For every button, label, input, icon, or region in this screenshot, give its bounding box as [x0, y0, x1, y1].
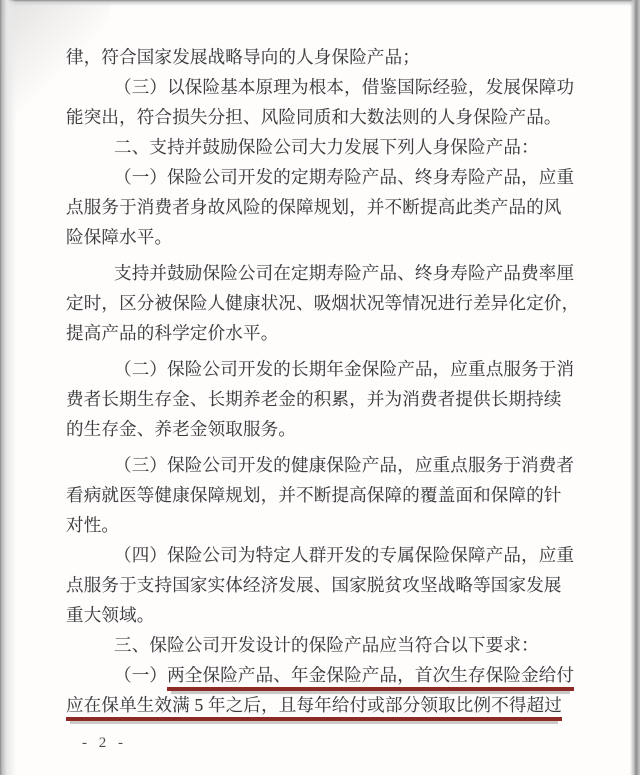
- document-text-block: 律，符合国家发展战略导向的人身保险产品；（三）以保险基本原理为根本，借鉴国际经验…: [66, 42, 576, 754]
- page-number: - 2 -: [82, 732, 576, 754]
- text-line: 对性。: [66, 510, 576, 540]
- text-line: 二、支持并鼓励保险公司大力发展下列人身保险产品：: [66, 132, 576, 162]
- text-line: 险保障水平。: [66, 222, 576, 252]
- text-segment: 对性。: [66, 515, 119, 535]
- red-underline-annotation: 应在保单生效满 5 年之后，且每年给付或部分领取比例不得超过: [66, 695, 562, 721]
- text-line: 三、保险公司开发设计的保险产品应当符合以下要求：: [66, 630, 576, 660]
- text-segment: （一）: [114, 665, 167, 685]
- text-line: （三）以保险基本原理为根本，借鉴国际经验，发展保障功: [66, 72, 576, 102]
- text-segment: 的生存金、养老金领取服务。: [66, 419, 296, 439]
- text-line: 的生存金、养老金领取服务。: [66, 414, 576, 444]
- text-line: 律，符合国家发展战略导向的人身保险产品；: [66, 42, 576, 72]
- text-segment: 重大领域。: [66, 605, 155, 625]
- text-line: 定时，区分被保险人健康状况、吸烟状况等情况进行差异化定价，: [66, 288, 576, 318]
- text-segment: （一）保险公司开发的定期寿险产品、终身寿险产品，应重: [114, 167, 574, 187]
- text-line: （二）保险公司开发的长期年金保险产品，应重点服务于消: [66, 354, 576, 384]
- text-line: （三）保险公司开发的健康保险产品，应重点服务于消费者: [66, 450, 576, 480]
- text-segment: 提高产品的科学定价水平。: [66, 323, 278, 343]
- text-segment: 险保障水平。: [66, 227, 172, 247]
- text-line: 应在保单生效满 5 年之后，且每年给付或部分领取比例不得超过: [66, 690, 576, 720]
- text-segment: 点服务于支持国家实体经济发展、国家脱贫攻坚战略等国家发展: [66, 575, 562, 595]
- text-segment: 三、保险公司开发设计的保险产品应当符合以下要求：: [114, 635, 539, 655]
- text-segment: （二）保险公司开发的长期年金保险产品，应重点服务于消: [114, 359, 574, 379]
- text-segment: 看病就医等健康保障规划，并不断提高保障的覆盖面和保障的针: [66, 485, 562, 505]
- page-edge-top: [0, 0, 640, 6]
- text-line: 支持并鼓励保险公司在定期寿险产品、终身寿险产品费率厘: [66, 258, 576, 288]
- text-line: 能突出，符合损失分担、风险同质和大数法则的人身保险产品。: [66, 102, 576, 132]
- text-segment: （四）保险公司为特定人群开发的专属保险保障产品，应重: [114, 545, 574, 565]
- text-segment: 点服务于消费者身故风险的保障规划，并不断提高此类产品的风: [66, 197, 562, 217]
- text-line: （四）保险公司为特定人群开发的专属保险保障产品，应重: [66, 540, 576, 570]
- red-underline-annotation: 两全保险产品、年金保险产品，首次生存保险金给付: [167, 665, 574, 691]
- text-segment: （三）以保险基本原理为根本，借鉴国际经验，发展保障功: [114, 77, 574, 97]
- text-line: 提高产品的科学定价水平。: [66, 318, 576, 348]
- scanned-document-page: 律，符合国家发展战略导向的人身保险产品；（三）以保险基本原理为根本，借鉴国际经验…: [0, 0, 640, 775]
- text-segment: 二、支持并鼓励保险公司大力发展下列人身保险产品：: [114, 137, 539, 157]
- text-line: 重大领域。: [66, 600, 576, 630]
- text-line: 费者长期生存金、长期养老金的积累，并为消费者提供长期持续: [66, 384, 576, 414]
- text-segment: 律，符合国家发展战略导向的人身保险产品；: [66, 47, 420, 67]
- text-segment: 费者长期生存金、长期养老金的积累，并为消费者提供长期持续: [66, 389, 562, 409]
- text-line: （一）保险公司开发的定期寿险产品、终身寿险产品，应重: [66, 162, 576, 192]
- page-edge-right: [630, 0, 640, 775]
- text-line: 看病就医等健康保障规划，并不断提高保障的覆盖面和保障的针: [66, 480, 576, 510]
- text-segment: 支持并鼓励保险公司在定期寿险产品、终身寿险产品费率厘: [114, 263, 574, 283]
- page-edge-left: [0, 0, 16, 775]
- text-line: 点服务于支持国家实体经济发展、国家脱贫攻坚战略等国家发展: [66, 570, 576, 600]
- text-line: （一）两全保险产品、年金保险产品，首次生存保险金给付: [66, 660, 576, 690]
- text-line: 点服务于消费者身故风险的保障规划，并不断提高此类产品的风: [66, 192, 576, 222]
- text-segment: 能突出，符合损失分担、风险同质和大数法则的人身保险产品。: [66, 107, 562, 127]
- text-segment: （三）保险公司开发的健康保险产品，应重点服务于消费者: [114, 455, 574, 475]
- text-segment: 定时，区分被保险人健康状况、吸烟状况等情况进行差异化定价，: [66, 293, 579, 313]
